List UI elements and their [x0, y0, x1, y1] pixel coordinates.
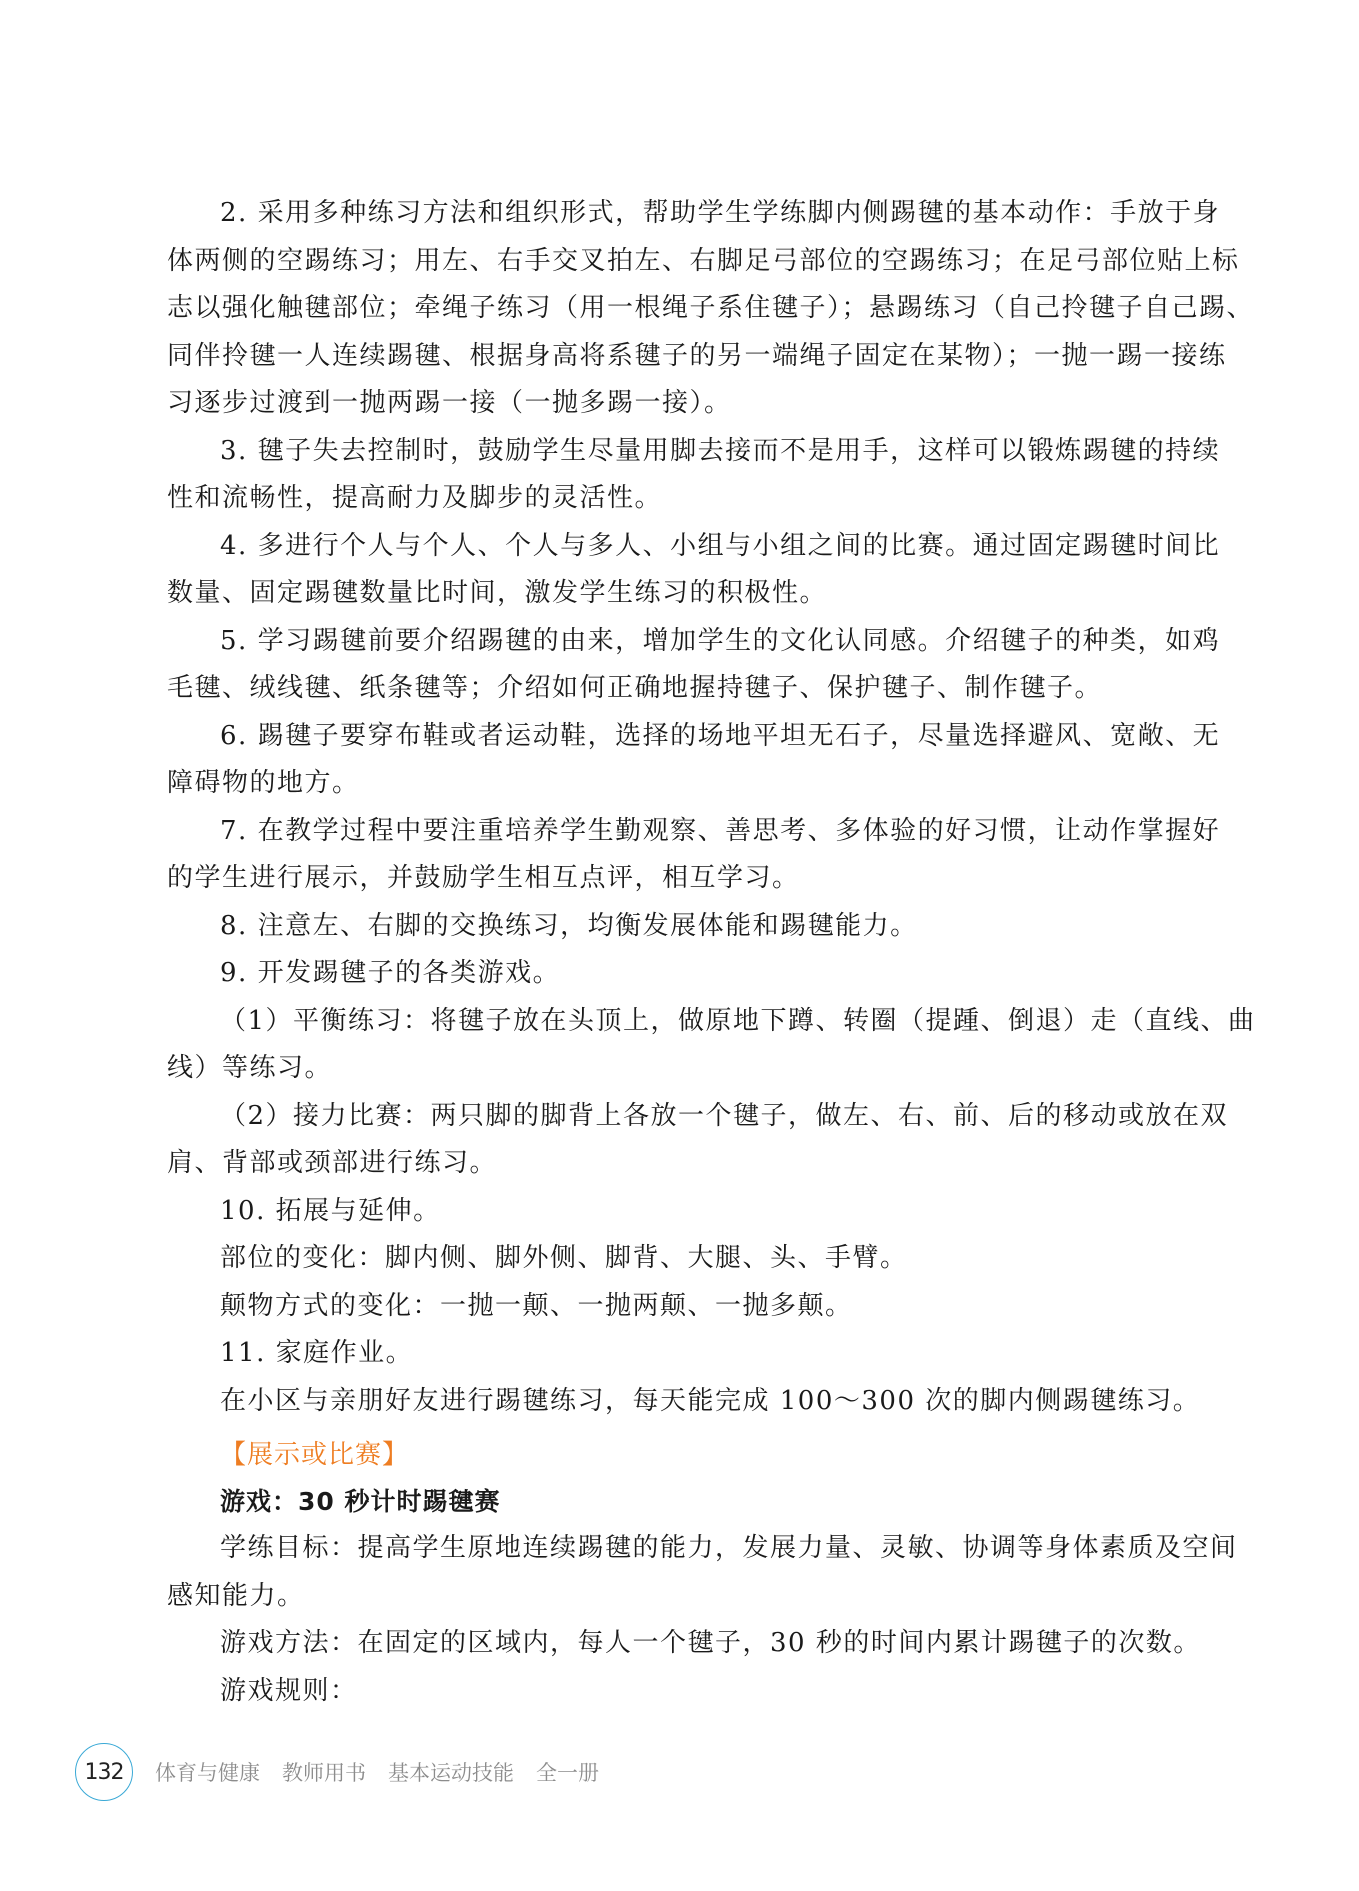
- book-title-part: 体育与健康: [155, 1761, 260, 1785]
- text-line: 9. 开发踢毽子的各类游戏。: [220, 953, 1205, 993]
- text-line: 部位的变化：脚内侧、脚外侧、脚背、大腿、头、手臂。: [220, 1238, 1205, 1278]
- section-heading: 【展示或比赛】: [220, 1435, 1205, 1475]
- text-line: 4. 多进行个人与个人、个人与多人、小组与小组之间的比赛。通过固定踢毽时间比: [220, 526, 1205, 566]
- text-line: 颠物方式的变化：一抛一颠、一抛两颠、一抛多颠。: [220, 1286, 1205, 1326]
- text-line: 10. 拓展与延伸。: [220, 1191, 1205, 1231]
- text-line: 习逐步过渡到一抛两踢一接（一抛多踢一接）。: [167, 383, 1205, 423]
- book-title-part: 教师用书: [282, 1761, 366, 1785]
- text-line: 2. 采用多种练习方法和组织形式，帮助学生学练脚内侧踢毽的基本动作：手放于身: [220, 193, 1205, 233]
- text-line: 8. 注意左、右脚的交换练习，均衡发展体能和踢毽能力。: [220, 906, 1205, 946]
- page-number-badge: 132: [75, 1743, 133, 1801]
- text-line: 游戏方法：在固定的区域内，每人一个毽子，30 秒的时间内累计踢毽子的次数。: [220, 1623, 1205, 1663]
- text-line: 性和流畅性，提高耐力及脚步的灵活性。: [167, 478, 1205, 518]
- text-line: 7. 在教学过程中要注重培养学生勤观察、善思考、多体验的好习惯，让动作掌握好: [220, 811, 1205, 851]
- text-line: 毛毽、绒线毽、纸条毽等；介绍如何正确地握持毽子、保护毽子、制作毽子。: [167, 668, 1205, 708]
- game-title: 游戏：30 秒计时踢毽赛: [220, 1482, 1205, 1522]
- text-line: 障碍物的地方。: [167, 763, 1205, 803]
- text-line: 线）等练习。: [167, 1048, 1205, 1088]
- text-line: 体两侧的空踢练习；用左、右手交叉拍左、右脚足弓部位的空踢练习；在足弓部位贴上标: [167, 241, 1205, 281]
- book-title-part: 基本运动技能: [388, 1761, 514, 1785]
- text-line: 志以强化触毽部位；牵绳子练习（用一根绳子系住毽子）；悬踢练习（自己拎毽子自己踢、: [167, 288, 1205, 328]
- text-line: 11. 家庭作业。: [220, 1333, 1205, 1373]
- text-line: 5. 学习踢毽前要介绍踢毽的由来，增加学生的文化认同感。介绍毽子的种类，如鸡: [220, 621, 1205, 661]
- text-line: （2）接力比赛：两只脚的脚背上各放一个毽子，做左、右、前、后的移动或放在双: [220, 1096, 1205, 1136]
- text-line: （1）平衡练习：将毽子放在头顶上，做原地下蹲、转圈（提踵、倒退）走（直线、曲: [220, 1001, 1205, 1041]
- text-line: 肩、背部或颈部进行练习。: [167, 1143, 1205, 1183]
- text-line: 数量、固定踢毽数量比时间，激发学生练习的积极性。: [167, 573, 1205, 613]
- text-line: 的学生进行展示，并鼓励学生相互点评，相互学习。: [167, 858, 1205, 898]
- page-footer: 132 体育与健康教师用书基本运动技能全一册: [75, 1743, 621, 1801]
- text-line: 6. 踢毽子要穿布鞋或者运动鞋，选择的场地平坦无石子，尽量选择避风、宽敞、无: [220, 716, 1205, 756]
- text-line: 3. 毽子失去控制时，鼓励学生尽量用脚去接而不是用手，这样可以锻炼踢毽的持续: [220, 431, 1205, 471]
- text-line: 感知能力。: [167, 1576, 1205, 1616]
- text-line: 游戏规则：: [220, 1671, 1205, 1711]
- text-line: 学练目标：提高学生原地连续踢毽的能力，发展力量、灵敏、协调等身体素质及空间: [220, 1528, 1205, 1568]
- text-line: 同伴拎毽一人连续踢毽、根据身高将系毽子的另一端绳子固定在某物）；一抛一踢一接练: [167, 336, 1205, 376]
- text-line: 在小区与亲朋好友进行踢毽练习，每天能完成 100～300 次的脚内侧踢毽练习。: [220, 1381, 1205, 1421]
- book-title-part: 全一册: [536, 1761, 599, 1785]
- book-title: 体育与健康教师用书基本运动技能全一册: [155, 1757, 621, 1787]
